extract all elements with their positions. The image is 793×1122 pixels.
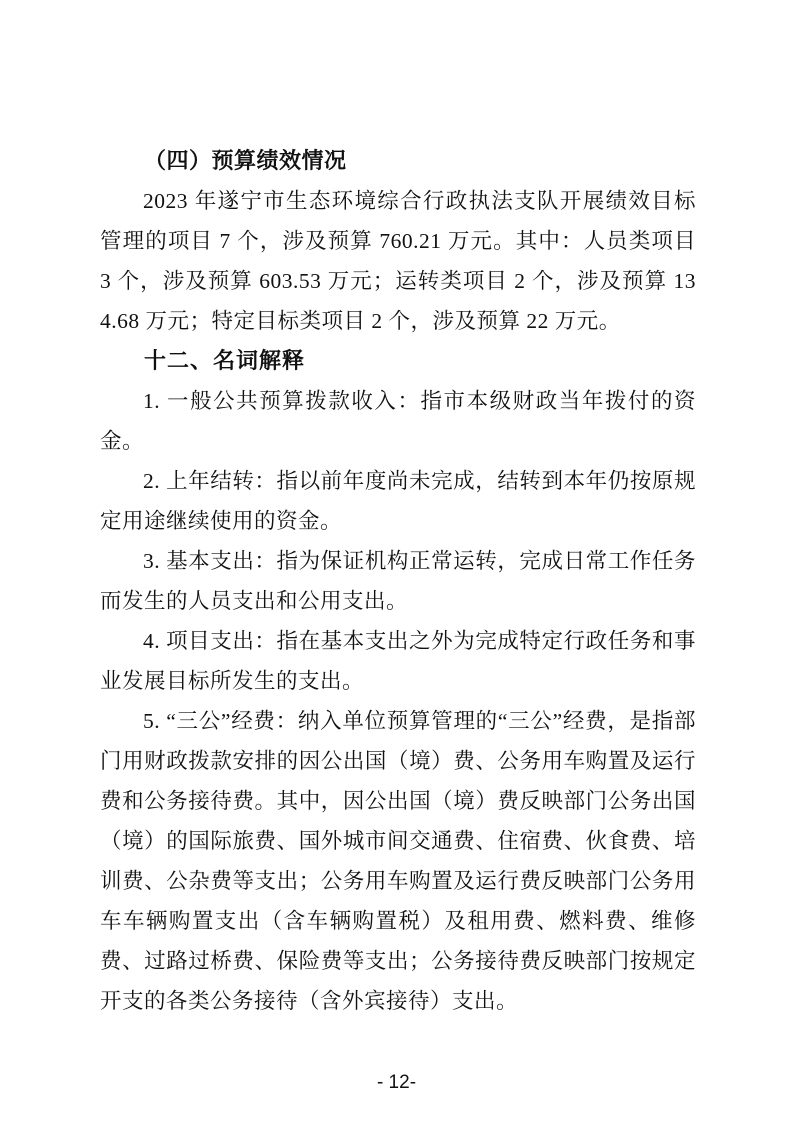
document-page: （四）预算绩效情况 2023 年遂宁市生态环境综合行政执法支队开展绩效目标管理的… bbox=[0, 0, 793, 1122]
glossary-item-4: 4. 项目支出：指在基本支出之外为完成特定行政任务和事业发展目标所发生的支出。 bbox=[100, 621, 696, 701]
glossary-item-3: 3. 基本支出：指为保证机构正常运转，完成日常工作任务而发生的人员支出和公用支出… bbox=[100, 541, 696, 621]
glossary-item-5: 5. “三公”经费：纳入单位预算管理的“三公”经费，是指部门用财政拨款安排的因公… bbox=[100, 701, 696, 1021]
section-heading-glossary: 十二、名词解释 bbox=[100, 341, 696, 381]
document-body: （四）预算绩效情况 2023 年遂宁市生态环境综合行政执法支队开展绩效目标管理的… bbox=[100, 141, 696, 1021]
section-heading-budget-performance: （四）预算绩效情况 bbox=[100, 141, 696, 181]
page-number: - 12- bbox=[0, 1072, 793, 1094]
paragraph-budget-performance: 2023 年遂宁市生态环境综合行政执法支队开展绩效目标管理的项目 7 个，涉及预… bbox=[100, 181, 696, 341]
glossary-item-1: 1. 一般公共预算拨款收入：指市本级财政当年拨付的资金。 bbox=[100, 381, 696, 461]
glossary-item-2: 2. 上年结转：指以前年度尚未完成，结转到本年仍按原规定用途继续使用的资金。 bbox=[100, 461, 696, 541]
